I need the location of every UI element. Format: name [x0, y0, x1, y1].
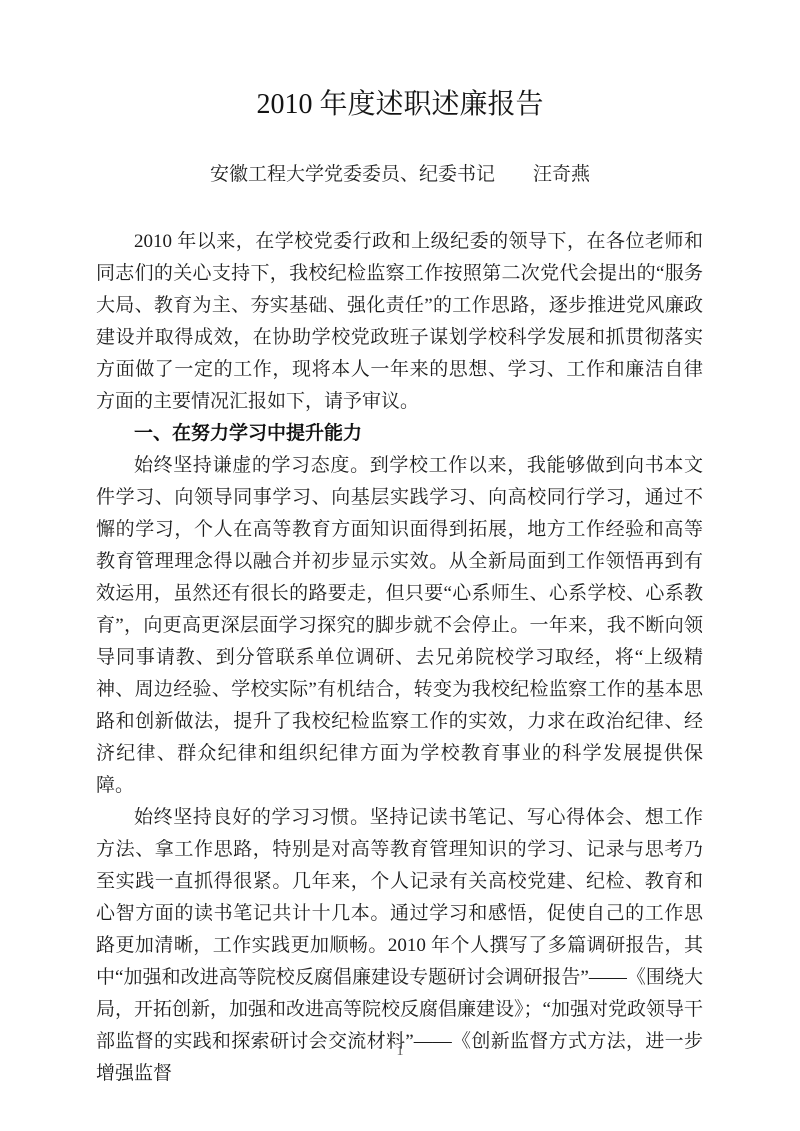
document-page: 2010 年度述职述廉报告 安徽工程大学党委委员、纪委书记 汪奇燕 2010 年…	[0, 0, 800, 1131]
document-body: 2010 年以来，在学校党委行政和上级纪委的领导下，在各位老师和同志们的关心支持…	[96, 226, 703, 1090]
section-heading: 一、在努力学习中提升能力	[96, 418, 703, 450]
document-title: 2010 年度述职述廉报告	[0, 0, 800, 125]
body-paragraph: 2010 年以来，在学校党委行政和上级纪委的领导下，在各位老师和同志们的关心支持…	[96, 226, 703, 418]
page-number: 1	[0, 1043, 800, 1061]
document-byline: 安徽工程大学党委委员、纪委书记 汪奇燕	[0, 161, 800, 189]
body-paragraph: 始终坚持谦虚的学习态度。到学校工作以来，我能够做到向书本文件学习、向领导同事学习…	[96, 450, 703, 802]
